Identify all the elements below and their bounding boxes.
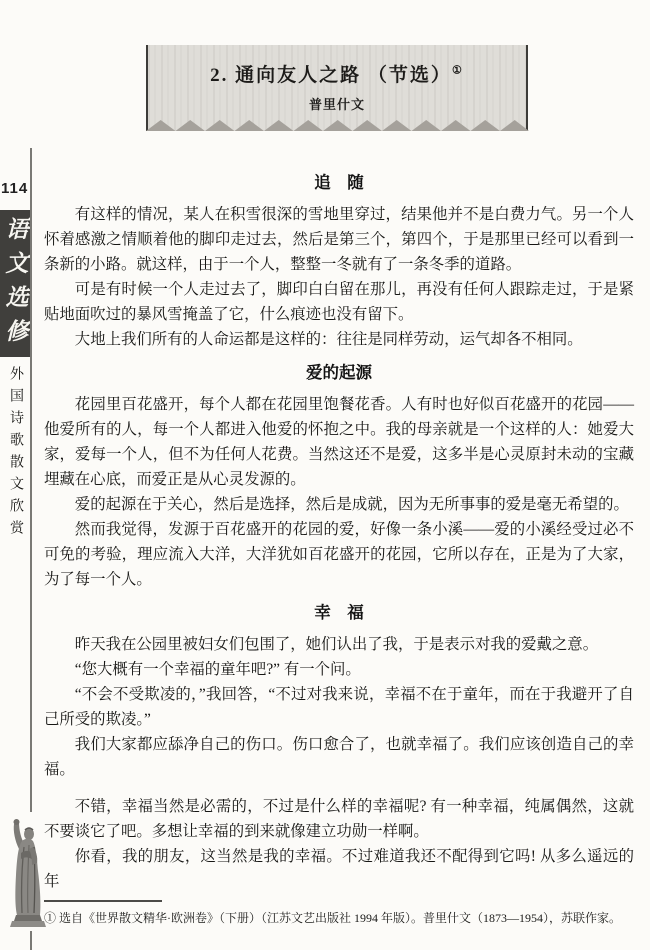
lesson-content: 追 随 有这样的情况，某人在积雪很深的雪地里穿过，结果他并不是白费力气。另一个人…	[44, 172, 634, 927]
series-subtitle-text: 外国诗歌散文欣赏	[5, 366, 25, 561]
margin-rule-bottom	[30, 931, 32, 950]
footnote: ① 选自《世界散文精华·欧洲卷》（下册）（江苏文艺出版社 1994 年版）。普里…	[44, 910, 634, 927]
footnote-divider	[44, 900, 162, 902]
section-heading-aideqiyuan: 爱的起源	[44, 362, 634, 384]
footnote-marker: ①	[44, 911, 56, 925]
margin-rule	[30, 148, 32, 812]
body-paragraph: 然而我觉得，发源于百花盛开的花园的爱，好像一条小溪——爱的小溪经受过必不可免的考…	[44, 517, 634, 592]
body-paragraph: “不会不受欺凌的，”我回答，“不过对我来说，幸福不在于童年，而在于我避开了自己所…	[44, 682, 634, 732]
section-heading-zhuisui: 追 随	[44, 172, 634, 194]
section-heading-xingfu: 幸 福	[44, 602, 634, 624]
series-banner-box: 语文选修	[0, 210, 30, 357]
lesson-header-box: 2. 通向友人之路 （节选）① 普里什文	[146, 45, 528, 131]
title-footnote-ref: ①	[452, 65, 464, 77]
body-paragraph: 有这样的情况，某人在积雪很深的雪地里穿过，结果他并不是白费力气。另一个人怀着感激…	[44, 202, 634, 277]
body-paragraph: 大地上我们所有的人命运都是这样的：往往是同样劳动，运气却各不相同。	[44, 327, 634, 352]
lesson-title-text: 2. 通向友人之路 （节选）	[210, 65, 452, 86]
lesson-title: 2. 通向友人之路 （节选）①	[148, 60, 526, 87]
body-paragraph: 花园里百花盛开，每个人都在花园里饱餐花香。人有时也好似百花盛开的花园——他爱所有…	[44, 392, 634, 492]
body-paragraph: 可是有时候一个人走过去了，脚印白白留在那儿，再没有任何人跟踪走过，于是紧贴地面吹…	[44, 277, 634, 327]
body-paragraph: 我们大家都应舔净自己的伤口。伤口愈合了，也就幸福了。我们应该创造自己的幸福。	[44, 732, 634, 782]
lesson-author: 普里什文	[148, 94, 526, 113]
zigzag-edge-decoration	[146, 119, 529, 132]
body-paragraph: 不错，幸福当然是必需的，不过是什么样的幸福呢? 有一种幸福，纯属偶然，这就不要谈…	[44, 794, 634, 844]
body-paragraph: 爱的起源在于关心，然后是选择，然后是成就，因为无所事事的爱是毫无希望的。	[44, 492, 634, 517]
textbook-page: 2. 通向友人之路 （节选）① 普里什文 114 语文选修 外国诗歌散文欣赏 追…	[0, 0, 650, 950]
body-paragraph: 昨天我在公园里被妇女们包围了，她们认出了我，于是表示对我的爱戴之意。	[44, 632, 634, 657]
body-paragraph: “您大概有一个幸福的童年吧?” 有一个问。	[44, 657, 634, 682]
footnote-text: 选自《世界散文精华·欧洲卷》（下册）（江苏文艺出版社 1994 年版）。普里什文…	[59, 911, 621, 925]
series-banner-text: 语文选修	[0, 210, 32, 357]
body-paragraph: 你看，我的朋友，这当然是我的幸福。不过难道我还不配得到它吗! 从多么遥远的年	[44, 844, 634, 894]
page-number: 114	[1, 180, 31, 197]
